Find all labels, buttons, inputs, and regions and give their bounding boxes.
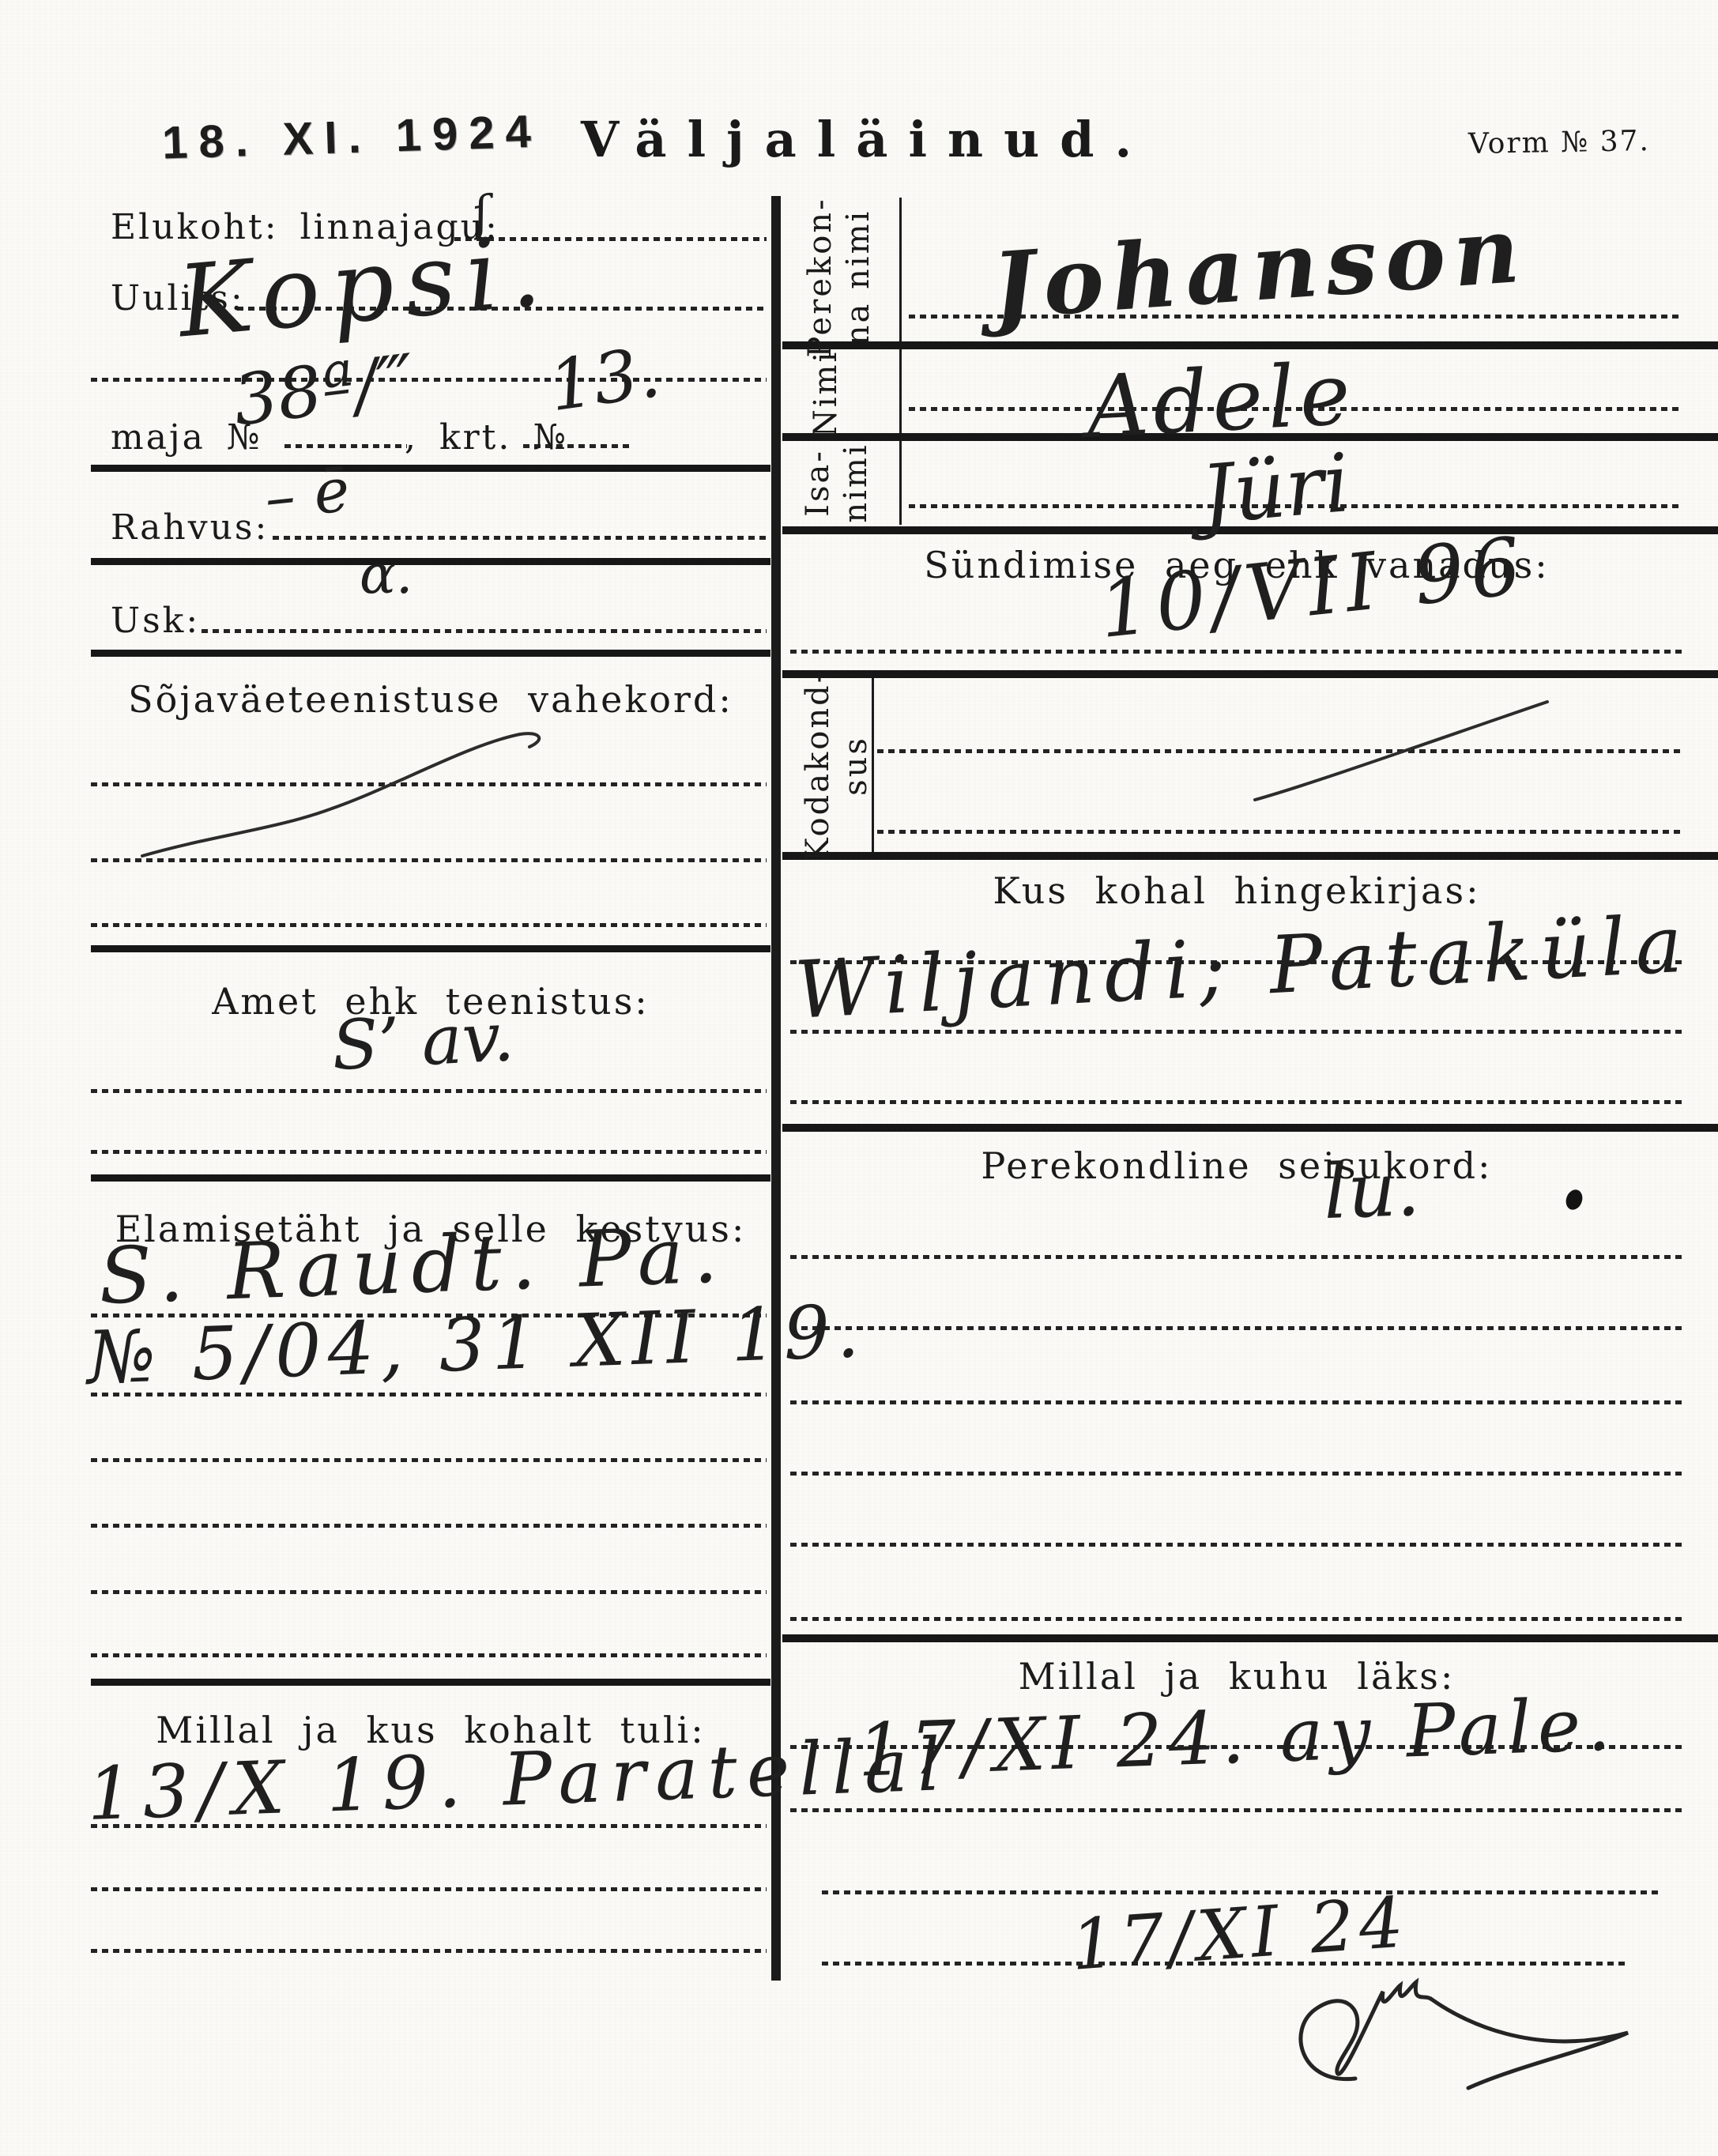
occupation-value: S’ av. [330,997,517,1086]
apartment-number-value: 13. [544,331,665,427]
label-band-divider [899,198,902,525]
birth-date-value: 10/VII 96 [1094,519,1531,656]
ink-blot [1563,1187,1585,1212]
registration-card: 18. XI. 1924 Väljaläinud. Vorm № 37. Elu… [0,0,1718,2156]
pen-stroke-military [134,723,561,865]
dotted-line [284,444,407,448]
dotted-line [790,1030,1683,1034]
registered-value: Wiljandi; Pataküla [793,897,1694,1036]
family-status-value: lu. [1322,1146,1422,1236]
apartment-number-label: , krt. № [405,417,568,458]
dotted-line [790,1543,1683,1547]
departure-value-line1: 17/XI 24. ay Pale. [856,1682,1618,1792]
date-stamp: 18. XI. 1924 [161,104,543,169]
citizenship-label-line2: sus [835,647,876,884]
dotted-line [91,1653,767,1657]
religion-value: α. [360,544,413,606]
surname-value: Johanson [989,197,1531,341]
pen-stroke-citizenship [1249,695,1557,806]
dotted-line [202,629,767,633]
dotted-line [790,1808,1683,1812]
section-divider [91,1174,770,1182]
dotted-line [91,1887,767,1891]
dotted-line [91,1949,767,1953]
dotted-line [790,1326,1683,1330]
section-divider [91,558,770,565]
dotted-line [91,1089,767,1093]
military-service-label: Sõjaväeteenistuse vahekord: [91,678,770,721]
father-name-value: Jüri [1197,436,1354,543]
dotted-line [91,378,767,382]
dotted-line [790,1617,1683,1621]
dotted-line [91,1590,767,1594]
dotted-line [790,1100,1683,1104]
column-divider [771,196,781,1981]
section-divider [91,1679,770,1686]
family-status-label: Perekondline seisukord: [790,1144,1683,1187]
section-divider [782,1634,1718,1642]
section-divider [782,670,1718,678]
dotted-line [91,923,767,927]
section-divider [91,945,770,952]
citizenship-label-line1: Kodakond- [797,647,838,884]
house-number-value: 38ª/‴ [229,338,419,441]
dotted-line [877,830,1683,834]
section-divider [91,465,770,472]
section-divider [782,1124,1718,1132]
dotted-line [790,1255,1683,1259]
dotted-line [273,536,767,540]
dotted-line [790,1472,1683,1476]
dotted-line [790,650,1683,654]
dotted-line [91,1458,767,1462]
religion-label: Usk: [111,601,200,641]
section-divider [91,650,770,657]
nationality-label: Rahvus: [111,507,269,548]
nationality-value: – ē [262,454,353,533]
dotted-line [91,1524,767,1528]
section-divider [782,852,1718,860]
dotted-line [91,1150,767,1154]
signature [1280,1936,1652,2110]
dotted-line [790,1400,1683,1404]
section-divider [782,341,1718,349]
form-number: Vorm № 37. [1468,125,1651,160]
